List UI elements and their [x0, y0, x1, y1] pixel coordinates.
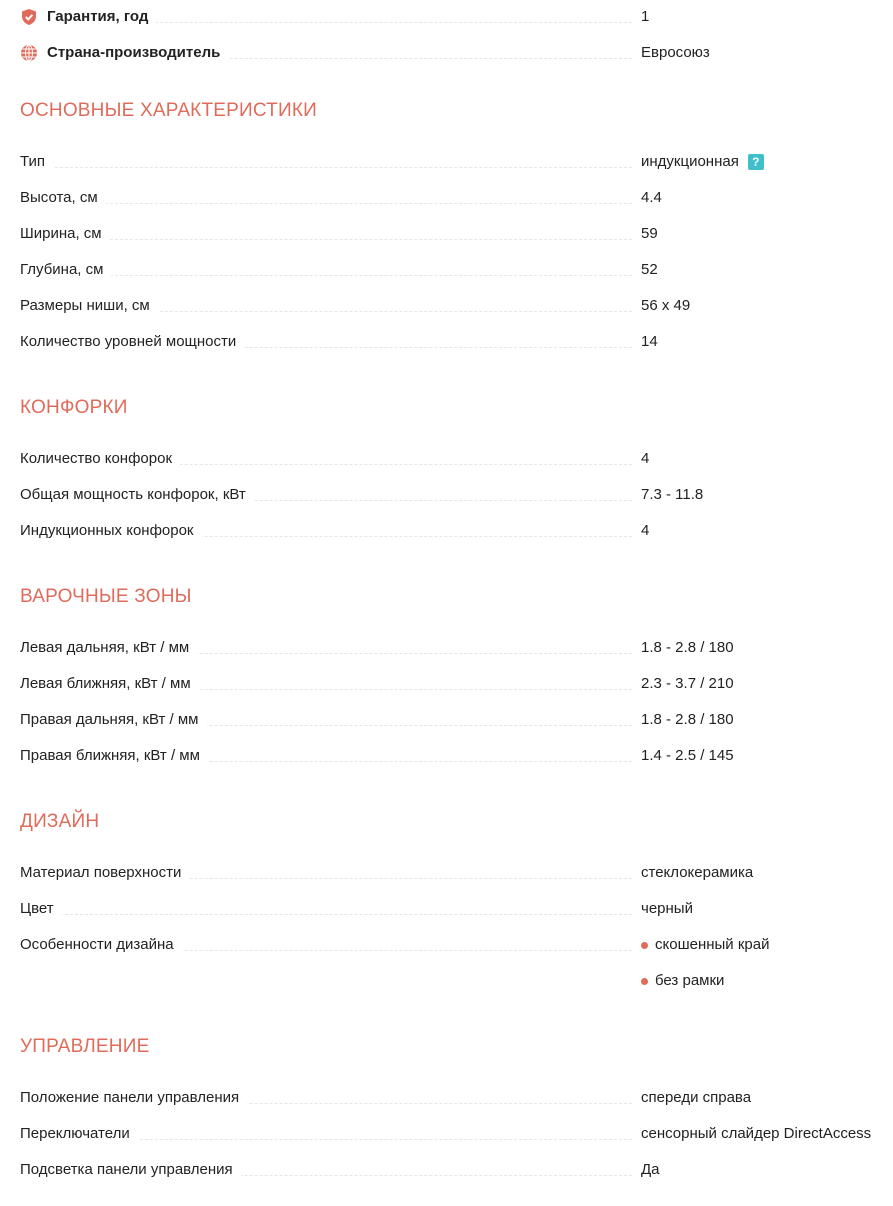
spec-label-text: Гарантия, год: [47, 5, 148, 29]
spec-value: 4: [641, 447, 649, 471]
spec-label: Переключатели: [20, 1122, 138, 1146]
spec-value: Да: [641, 1158, 660, 1182]
spec-label: Тип: [20, 150, 53, 174]
spec-row: Правая дальняя, кВт / мм1.8 - 2.8 / 180: [20, 708, 893, 732]
spec-value: 1: [641, 5, 649, 29]
dotted-leader: [20, 275, 632, 276]
spec-row: Страна-производительЕвросоюз: [20, 41, 893, 65]
spec-value: 2.3 - 3.7 / 210: [641, 672, 734, 696]
spec-row: Материал поверхностистеклокерамика: [20, 861, 893, 885]
spec-row: Левая дальняя, кВт / мм1.8 - 2.8 / 180: [20, 636, 893, 660]
spec-label-text: Правая ближняя, кВт / мм: [20, 744, 200, 768]
spec-label-text: Количество конфорок: [20, 447, 172, 471]
spec-value: 14: [641, 330, 658, 354]
dotted-leader: [20, 914, 632, 915]
spec-row: Количество конфорок4: [20, 447, 893, 471]
spec-label: Количество уровней мощности: [20, 330, 244, 354]
shield-check-icon: [20, 8, 38, 26]
spec-row: Количество уровней мощности14: [20, 330, 893, 354]
dotted-leader: [20, 167, 632, 168]
spec-label: Ширина, см: [20, 222, 110, 246]
spec-label-text: Высота, см: [20, 186, 98, 210]
spec-label-text: Глубина, см: [20, 258, 103, 282]
spec-row: Гарантия, год1: [20, 5, 893, 29]
spec-label-text: Ширина, см: [20, 222, 102, 246]
bullet-icon: [641, 978, 648, 985]
spec-value: 52: [641, 258, 658, 282]
spec-label: Подсветка панели управления: [20, 1158, 241, 1182]
spec-label-text: Цвет: [20, 897, 54, 921]
spec-label: Правая дальняя, кВт / мм: [20, 708, 207, 732]
spec-label: Левая дальняя, кВт / мм: [20, 636, 197, 660]
section-title: КОНФОРКИ: [20, 397, 128, 419]
dotted-leader: [20, 203, 632, 204]
dotted-leader: [20, 239, 632, 240]
spec-value: стеклокерамика: [641, 861, 753, 885]
spec-row: Индукционных конфорок4: [20, 519, 893, 543]
spec-value-text: 1.8 - 2.8 / 180: [641, 636, 734, 660]
spec-bullet-value: скошенный край: [641, 933, 769, 957]
spec-row: Типиндукционная?: [20, 150, 893, 174]
spec-row: Цветчерный: [20, 897, 893, 921]
bullet-icon: [641, 942, 648, 949]
spec-value: 7.3 - 11.8: [641, 483, 703, 507]
spec-label: Положение панели управления: [20, 1086, 247, 1110]
spec-value-text: 7.3 - 11.8: [641, 483, 703, 507]
spec-label: Глубина, см: [20, 258, 111, 282]
spec-value: Евросоюз: [641, 41, 710, 65]
spec-label-text: Левая дальняя, кВт / мм: [20, 636, 189, 660]
spec-label: Левая ближняя, кВт / мм: [20, 672, 199, 696]
spec-label: Цвет: [20, 897, 62, 921]
spec-value-text: Да: [641, 1158, 660, 1182]
spec-label: Страна-производитель: [20, 41, 228, 65]
spec-label: Высота, см: [20, 186, 106, 210]
spec-value-text: 1.8 - 2.8 / 180: [641, 708, 734, 732]
spec-value: 59: [641, 222, 658, 246]
section-title: УПРАВЛЕНИЕ: [20, 1036, 149, 1058]
spec-bullet-value: без рамки: [641, 969, 724, 993]
spec-value-text: индукционная: [641, 150, 739, 174]
spec-label: Размеры ниши, см: [20, 294, 158, 318]
spec-value-text: спереди справа: [641, 1086, 751, 1110]
spec-label: Особенности дизайна: [20, 933, 182, 957]
section-title: ОСНОВНЫЕ ХАРАКТЕРИСТИКИ: [20, 100, 317, 122]
spec-value-text: 4: [641, 519, 649, 543]
spec-value: 1.8 - 2.8 / 180: [641, 708, 734, 732]
spec-label-text: Левая ближняя, кВт / мм: [20, 672, 191, 696]
spec-value: индукционная?: [641, 150, 764, 174]
spec-label-text: Особенности дизайна: [20, 933, 174, 957]
spec-value-text: 56 x 49: [641, 294, 690, 318]
section-title: ДИЗАЙН: [20, 811, 99, 833]
spec-value-text: 1.4 - 2.5 / 145: [641, 744, 734, 768]
spec-row: Глубина, см52: [20, 258, 893, 282]
spec-row: Размеры ниши, см56 x 49: [20, 294, 893, 318]
spec-row: Переключателисенсорный слайдер DirectAcc…: [20, 1122, 893, 1146]
spec-row: Ширина, см59: [20, 222, 893, 246]
spec-label: Правая ближняя, кВт / мм: [20, 744, 208, 768]
spec-label: Индукционных конфорок: [20, 519, 202, 543]
spec-value: 1.4 - 2.5 / 145: [641, 744, 734, 768]
spec-label: Количество конфорок: [20, 447, 180, 471]
spec-row: Высота, см4.4: [20, 186, 893, 210]
spec-label-text: Материал поверхности: [20, 861, 181, 885]
spec-row: Подсветка панели управленияДа: [20, 1158, 893, 1182]
spec-value-text: 59: [641, 222, 658, 246]
spec-label-text: Тип: [20, 150, 45, 174]
spec-label-text: Подсветка панели управления: [20, 1158, 233, 1182]
spec-value: черный: [641, 897, 693, 921]
spec-label-text: Правая дальняя, кВт / мм: [20, 708, 199, 732]
spec-value-text: 4: [641, 447, 649, 471]
spec-value-text: 1: [641, 5, 649, 29]
spec-row: Левая ближняя, кВт / мм2.3 - 3.7 / 210: [20, 672, 893, 696]
spec-value-text: 14: [641, 330, 658, 354]
bullet-text: без рамки: [655, 969, 724, 993]
spec-value-text: сенсорный слайдер DirectAccess: [641, 1122, 871, 1146]
spec-row: Положение панели управленияспереди справ…: [20, 1086, 893, 1110]
spec-value: 4.4: [641, 186, 662, 210]
spec-value-text: 52: [641, 258, 658, 282]
section-title: ВАРОЧНЫЕ ЗОНЫ: [20, 586, 192, 608]
spec-value-text: черный: [641, 897, 693, 921]
bullet-text: скошенный край: [655, 933, 769, 957]
spec-value-text: стеклокерамика: [641, 861, 753, 885]
spec-value-text: 2.3 - 3.7 / 210: [641, 672, 734, 696]
spec-value-text: 4.4: [641, 186, 662, 210]
spec-label: Материал поверхности: [20, 861, 189, 885]
spec-value: спереди справа: [641, 1086, 751, 1110]
spec-label: Общая мощность конфорок, кВт: [20, 483, 254, 507]
spec-value: сенсорный слайдер DirectAccess: [641, 1122, 871, 1146]
spec-label-text: Страна-производитель: [47, 41, 220, 65]
spec-row: Правая ближняя, кВт / мм1.4 - 2.5 / 145: [20, 744, 893, 768]
spec-label-text: Положение панели управления: [20, 1086, 239, 1110]
spec-label-text: Размеры ниши, см: [20, 294, 150, 318]
spec-value: 1.8 - 2.8 / 180: [641, 636, 734, 660]
spec-label: Гарантия, год: [20, 5, 156, 29]
spec-value: 56 x 49: [641, 294, 690, 318]
spec-value: 4: [641, 519, 649, 543]
spec-value-text: Евросоюз: [641, 41, 710, 65]
globe-icon: [20, 44, 38, 62]
spec-row: Общая мощность конфорок, кВт7.3 - 11.8: [20, 483, 893, 507]
spec-label-text: Количество уровней мощности: [20, 330, 236, 354]
help-icon[interactable]: ?: [748, 154, 764, 170]
spec-label-text: Переключатели: [20, 1122, 130, 1146]
spec-label-text: Общая мощность конфорок, кВт: [20, 483, 246, 507]
spec-label-text: Индукционных конфорок: [20, 519, 194, 543]
